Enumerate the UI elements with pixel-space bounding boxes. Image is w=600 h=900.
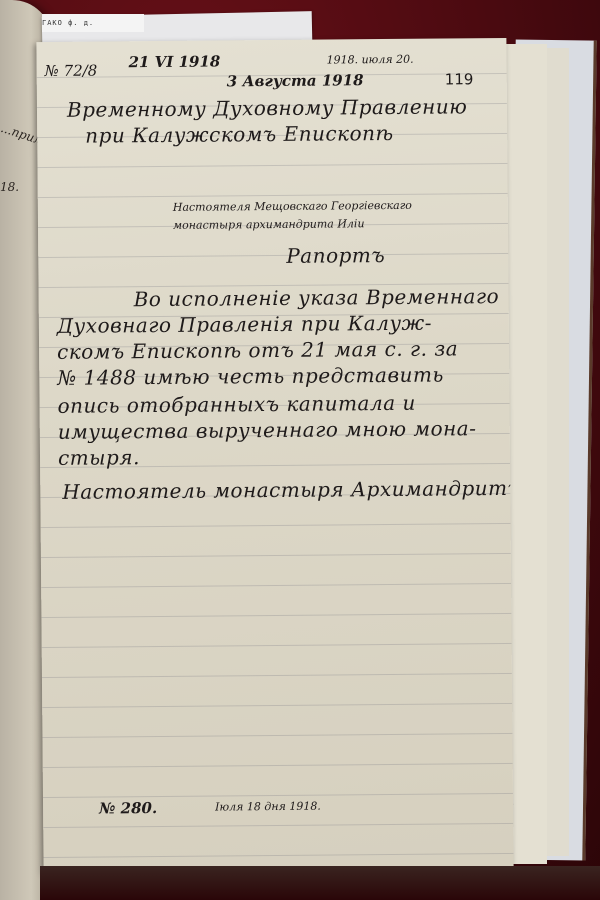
top-right-note: 1918. июля 20. <box>326 53 413 67</box>
body-line: № 1488 имѣю честь представить <box>57 363 444 390</box>
addressee-line-2: при Калужскомъ Епископѣ <box>85 121 394 148</box>
received-stamp: 21 VI 1918 <box>128 52 220 71</box>
body-line: стыря. <box>58 445 140 470</box>
outgoing-number: № 280. <box>99 799 157 818</box>
folio-number: 119 <box>445 70 474 88</box>
outgoing-date: Іюля 18 дня 1918. <box>215 800 321 814</box>
body-line: скомъ Епископѣ отъ 21 мая с. г. за <box>57 336 458 363</box>
incoming-date: 3 Августа 1918 <box>227 71 364 90</box>
body-line: Духовнаго Правленія при Калуж- <box>57 311 432 338</box>
sender-line-1: Настоятеля Мещовскаго Георгіевскаго <box>173 199 412 214</box>
addressee-line-1: Временному Духовному Правлению <box>67 94 468 121</box>
archive-label: ГАКО ф. д. <box>42 14 144 32</box>
signature: Настоятель монастыря Архимандритъ Илія <box>62 475 513 504</box>
body-line: опись отобранныхъ капитала и <box>57 391 415 418</box>
document-number: № 72/8 <box>45 62 98 80</box>
body-line: имущества вырученнаго мною мона- <box>58 416 477 444</box>
sender-line-2: монастыря архимандрита Иліи <box>173 217 365 232</box>
margin-scribble: 18. <box>0 180 19 194</box>
document-page: № 72/8 21 VI 1918 1918. июля 20. 3 Авгус… <box>36 38 513 872</box>
body-line: Во исполненіе указа Временнаго <box>134 284 500 311</box>
document-title: Рапортъ <box>286 243 385 268</box>
book-bottom-edge <box>40 866 600 900</box>
